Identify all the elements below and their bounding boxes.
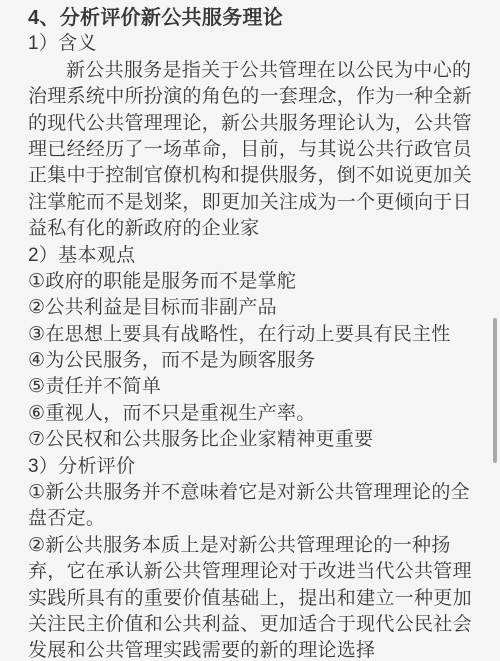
list-item: ⑤责任并不简单 bbox=[28, 374, 478, 400]
notes-document: 4、分析评价新公共服务理论 1）含义 新公共服务是指关于公共管理在以公民为中心的… bbox=[28, 5, 478, 661]
document-title: 4、分析评价新公共服务理论 bbox=[28, 5, 478, 31]
list-item: 盘否定。 bbox=[28, 506, 478, 532]
text-line: 的现代公共管理理论，新公共服务理论认为，公共管 bbox=[28, 111, 478, 137]
list-item: ①新公共服务并不意味着它是对新公共管理理论的全 bbox=[28, 480, 478, 506]
list-item: ②公共利益是目标而非副产品 bbox=[28, 295, 478, 321]
text-line: 正集中于控制官僚机构和提供服务，倒不如说更加关 bbox=[28, 163, 478, 189]
section-heading-1: 1）含义 bbox=[28, 31, 478, 57]
list-item: ⑥重视人，而不只是重视生产率。 bbox=[28, 401, 478, 427]
section-heading-3: 3）分析评价 bbox=[28, 454, 478, 480]
list-item: 实践所具有的重要价值基础上，提出和建立一种更加 bbox=[28, 586, 478, 612]
list-item: 发展和公共管理实践需要的新的理论选择 bbox=[28, 638, 478, 661]
list-item: 关注民主价值和公共利益、更加适合于现代公民社会 bbox=[28, 612, 478, 638]
list-item: ③在思想上要具有战略性，在行动上要具有民主性 bbox=[28, 322, 478, 348]
text-line: 益私有化的新政府的企业家 bbox=[28, 216, 478, 242]
list-item: ②新公共服务本质上是对新公共管理理论的一种扬 bbox=[28, 533, 478, 559]
list-item: ⑦公民权和公共服务比企业家精神更重要 bbox=[28, 427, 478, 453]
list-item: 弃，它在承认新公共管理理论对于改进当代公共管理 bbox=[28, 559, 478, 585]
text-line: 新公共服务是指关于公共管理在以公民为中心的 bbox=[28, 58, 478, 84]
list-item: ①政府的职能是服务而不是掌舵 bbox=[28, 269, 478, 295]
text-line: 治理系统中所扮演的角色的一套理念，作为一种全新 bbox=[28, 84, 478, 110]
scrollbar-thumb[interactable] bbox=[493, 318, 497, 463]
text-line: 注掌舵而不是划桨，即更加关注成为一个更倾向于日 bbox=[28, 190, 478, 216]
section-heading-2: 2）基本观点 bbox=[28, 243, 478, 269]
text-line: 理已经经历了一场革命，目前，与其说公共行政官员 bbox=[28, 137, 478, 163]
list-item: ④为公民服务，而不是为顾客服务 bbox=[28, 348, 478, 374]
